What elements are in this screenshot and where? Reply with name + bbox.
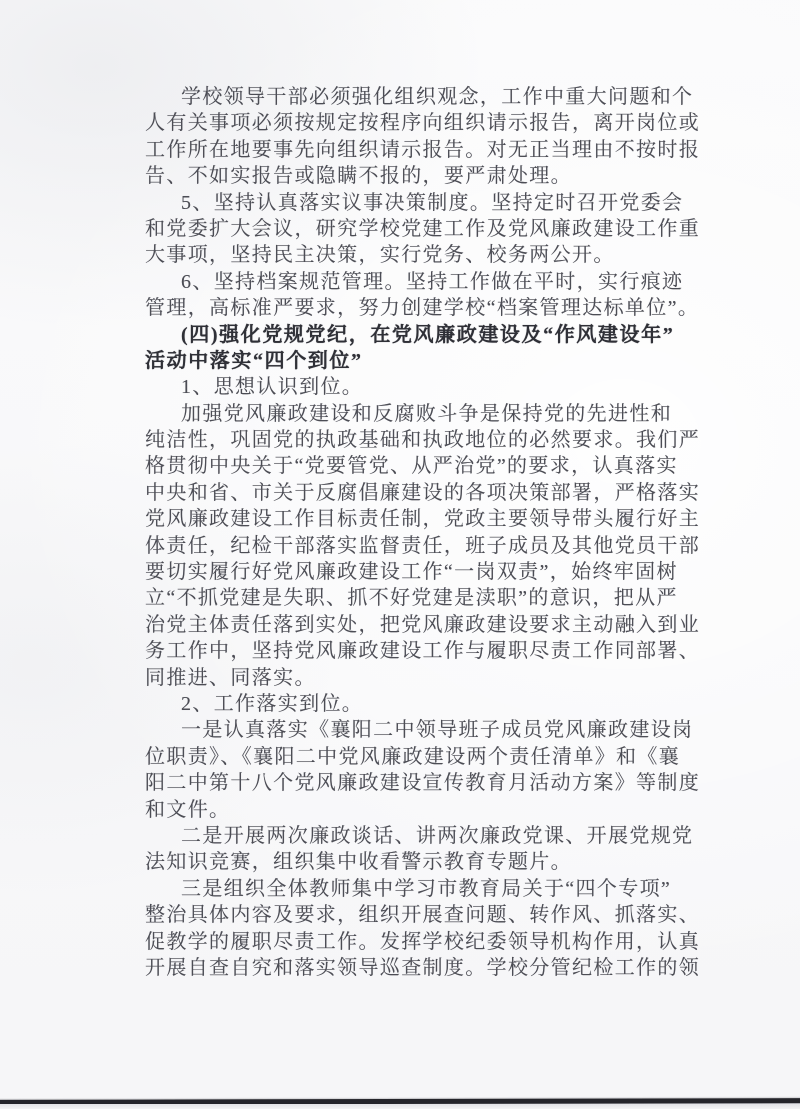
text-line: 促教学的履职尽责工作。发挥学校纪委领导机构作用，认真 — [145, 929, 711, 955]
scanned-page: 学校领导干部必须强化组织观念，工作中重大问题和个人有关事项必须按规定按程序向组织… — [0, 0, 800, 1109]
text-line: 管理，高标准严要求，努力创建学校“档案管理达标单位”。 — [145, 295, 711, 321]
text-line: 5、坚持认真落实议事决策制度。坚持定时召开党委会 — [145, 190, 711, 216]
text-line: 和党委扩大会议，研究学校党建工作及党风廉政建设工作重 — [145, 216, 711, 242]
text-line: 三是组织全体教师集中学习市教育局关于“四个专项” — [145, 876, 711, 902]
heading-line: (四)强化党规党纪，在党风廉政建设及“作风建设年” — [145, 322, 711, 348]
text-line: 1、思想认识到位。 — [145, 374, 711, 400]
text-line: 大事项，坚持民主决策，实行党务、校务两公开。 — [145, 242, 711, 268]
text-line: 人有关事项必须按规定按程序向组织请示报告，离开岗位或 — [145, 110, 711, 136]
text-line: 开展自查自究和落实领导巡查制度。学校分管纪检工作的领 — [145, 955, 711, 981]
text-line: 告、不如实报告或隐瞒不报的，要严肃处理。 — [145, 163, 711, 189]
text-line: 加强党风廉政建设和反腐败斗争是保持党的先进性和 — [145, 401, 711, 427]
text-line: 二是开展两次廉政谈话、讲两次廉政党课、开展党规党 — [145, 823, 711, 849]
text-line: 纯洁性，巩固党的执政基础和执政地位的必然要求。我们严 — [145, 427, 711, 453]
text-line: 体责任，纪检干部落实监督责任，班子成员及其他党员干部 — [145, 533, 711, 559]
text-line: 阳二中第十八个党风廉政建设宣传教育月活动方案》等制度 — [145, 770, 711, 796]
text-line: 格贯彻中央关于“党要管党、从严治党”的要求，认真落实 — [145, 453, 711, 479]
text-line: 一是认真落实《襄阳二中领导班子成员党风廉政建设岗 — [145, 717, 711, 743]
text-line: 同推进、同落实。 — [145, 665, 711, 691]
scan-below-edge — [0, 1104, 800, 1109]
text-line: 2、工作落实到位。 — [145, 691, 711, 717]
text-line: 务工作中，坚持党风廉政建设工作与履职尽责工作同部署、 — [145, 638, 711, 664]
text-line: 位职责》、《襄阳二中党风廉政建设两个责任清单》和《襄 — [145, 744, 711, 770]
document-text: 学校领导干部必须强化组织观念，工作中重大问题和个人有关事项必须按规定按程序向组织… — [145, 84, 711, 981]
heading-line: 活动中落实“四个到位” — [145, 348, 711, 374]
text-line: 党风廉政建设工作目标责任制，党政主要领导带头履行好主 — [145, 506, 711, 532]
text-line: 立“不抓党建是失职、抓不好党建是渎职”的意识，把从严 — [145, 585, 711, 611]
text-line: 学校领导干部必须强化组织观念，工作中重大问题和个 — [145, 84, 711, 110]
text-line: 和文件。 — [145, 797, 711, 823]
text-line: 工作所在地要事先向组织请示报告。对无正当理由不按时报 — [145, 137, 711, 163]
text-line: 整治具体内容及要求，组织开展查问题、转作风、抓落实、 — [145, 902, 711, 928]
text-line: 6、坚持档案规范管理。坚持工作做在平时，实行痕迹 — [145, 269, 711, 295]
text-line: 要切实履行好党风廉政建设工作“一岗双责”，始终牢固树 — [145, 559, 711, 585]
text-line: 中央和省、市关于反腐倡廉建设的各项决策部署，严格落实 — [145, 480, 711, 506]
text-line: 治党主体责任落到实处，把党风廉政建设要求主动融入到业 — [145, 612, 711, 638]
text-line: 法知识竞赛，组织集中收看警示教育专题片。 — [145, 849, 711, 875]
